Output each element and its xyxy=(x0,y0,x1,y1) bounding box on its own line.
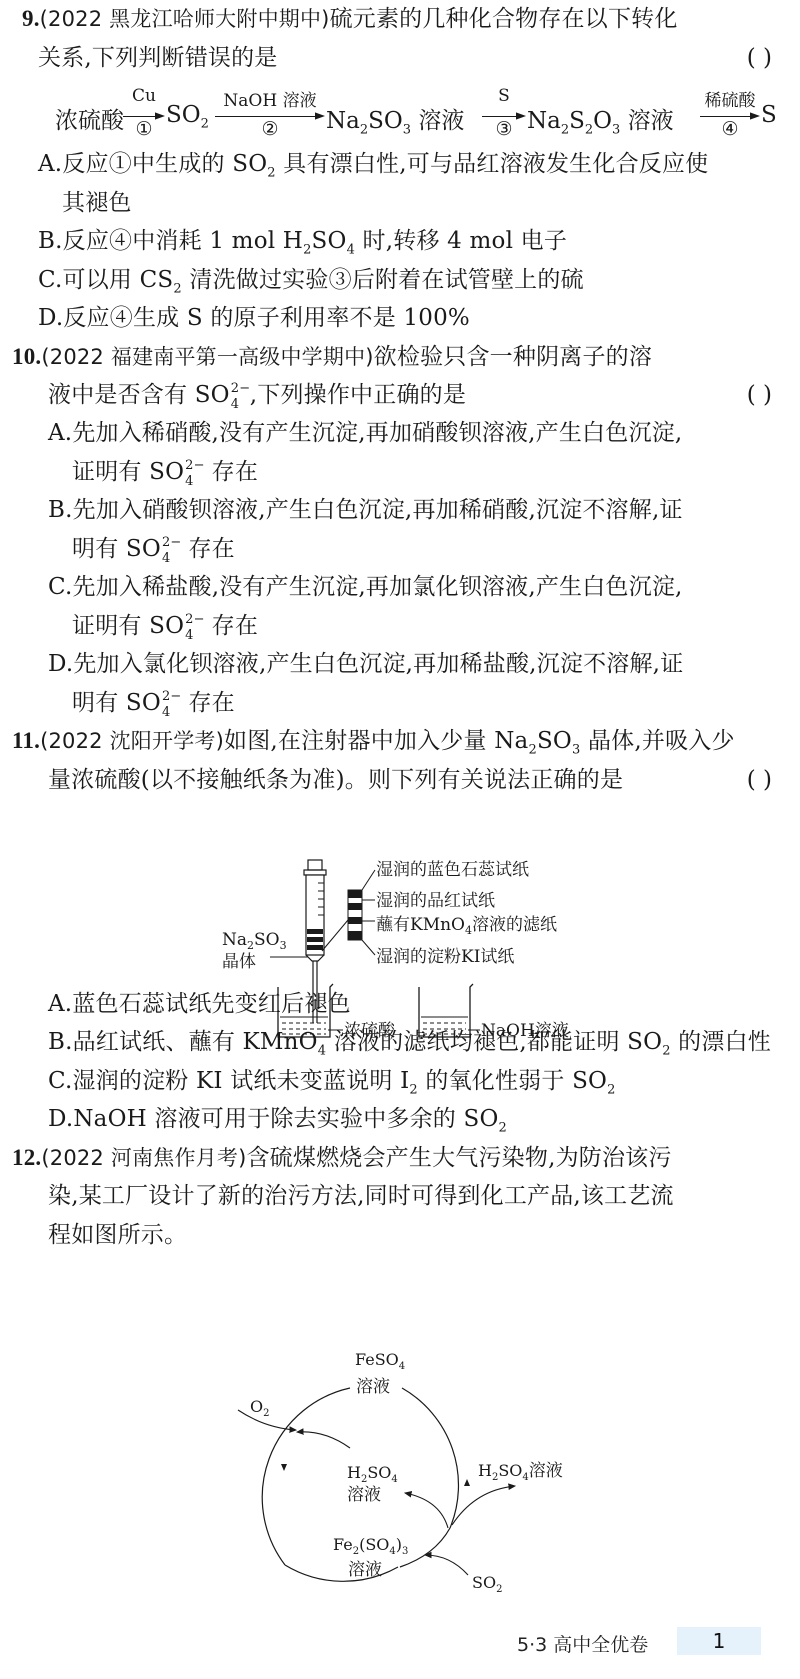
option-10C: C.先加入稀盐酸,没有产生沉淀,再加氯化钡溶液,产生白色沉淀, xyxy=(48,572,683,602)
question-source: (2022 河南焦作月考) xyxy=(41,1146,246,1170)
species-na2s2o3-solution: Na2S2O3 溶液 xyxy=(527,102,674,135)
reaction-arrow-1: Cu ① xyxy=(123,88,165,144)
reagent: 稀硫酸 xyxy=(700,86,760,111)
reaction-arrow-2: NaOH 溶液 ② xyxy=(215,88,325,144)
option-10B: B.先加入硝酸钡溶液,产生白色沉淀,再加稀硝酸,沉淀不溶解,证 xyxy=(48,495,683,525)
species-na2so3-solution: Na2SO3 溶液 xyxy=(326,102,464,135)
answer-blank: ( ) xyxy=(747,765,772,795)
question-12-line3: 程如图所示。 xyxy=(48,1220,187,1250)
label-kmno4-paper: 蘸有KMnO4溶液的滤纸 xyxy=(376,915,557,937)
question-12-line1: 12.(2022 河南焦作月考)含硫煤燃烧会产生大气污染物,为防治该污 xyxy=(12,1143,672,1173)
option-10B-cont: 明有 SO2−4 存在 xyxy=(72,534,235,564)
question-number: 12. xyxy=(12,1145,41,1170)
option-10D-cont: 明有 SO2−4 存在 xyxy=(72,688,235,718)
question-10-line1: 10.(2022 福建南平第一高级中学期中)欲检验只含一种阴离子的溶 xyxy=(12,342,652,372)
node-h2so4-center: H2SO4 xyxy=(347,1463,398,1485)
process-cycle-figure: FeSO4 溶液 O2 H2SO4 溶液 H2SO4溶液 Fe2(SO4)3 溶… xyxy=(210,1350,590,1620)
question-number: 10. xyxy=(12,344,41,369)
option-9B: B.反应④中消耗 1 mol H2SO4 时,转移 4 mol 电子 xyxy=(38,226,567,256)
node-fe2so43: Fe2(SO4)3 xyxy=(333,1535,408,1557)
question-stem-cont: 关系,下列判断错误的是 xyxy=(38,45,278,71)
option-10C-cont: 证明有 SO2−4 存在 xyxy=(72,611,258,641)
species-sulfur: S xyxy=(761,102,777,128)
species-conc-sulfuric-acid: 浓硫酸 xyxy=(55,102,124,135)
option-9D: D.反应④生成 S 的原子利用率不是 100% xyxy=(38,303,470,333)
label-blue-litmus: 湿润的蓝色石蕊试纸 xyxy=(376,859,529,880)
node-feso4: FeSO4 xyxy=(355,1350,405,1372)
page-number: 1 xyxy=(677,1627,761,1655)
option-11C: C.湿润的淀粉 KI 试纸未变蓝说明 I2 的氧化性弱于 SO2 xyxy=(48,1066,616,1096)
option-10D: D.先加入氯化钡溶液,产生白色沉淀,再加稀盐酸,沉淀不溶解,证 xyxy=(48,649,683,679)
reaction-chain: 浓硫酸 Cu ① SO2 NaOH 溶液 ② Na2SO3 溶液 S ③ Na2… xyxy=(55,88,775,144)
step-label: ④ xyxy=(700,118,760,140)
question-source: (2022 黑龙江哈师大附中期中) xyxy=(40,7,330,31)
answer-blank: ( ) xyxy=(747,380,772,410)
option-10A: A.先加入稀硝酸,没有产生沉淀,再加硝酸钡溶液,产生白色沉淀, xyxy=(48,418,682,448)
option-11A: A.蓝色石蕊试纸先变红后褪色 xyxy=(48,989,351,1019)
label-na2so3: Na2SO3 xyxy=(222,930,287,952)
question-stem: 硫元素的几种化合物存在以下转化 xyxy=(330,6,678,32)
question-11-line1: 11.(2022 沈阳开学考)如图,在注射器中加入少量 Na2SO3 晶体,并吸… xyxy=(12,726,735,756)
question-number: 11. xyxy=(12,728,40,753)
input-o2: O2 xyxy=(250,1397,270,1419)
reagent: NaOH 溶液 xyxy=(215,86,325,111)
label-crystal: 晶体 xyxy=(222,952,256,972)
reagent: Cu xyxy=(123,86,165,106)
node-fe2so43-solution: 溶液 xyxy=(348,1560,382,1580)
reaction-arrow-4: 稀硫酸 ④ xyxy=(700,88,760,144)
option-9C: C.可以用 CS2 清洗做过实验③后附着在试管壁上的硫 xyxy=(38,265,584,295)
option-11B: B.品红试纸、蘸有 KMnO4 溶液的滤纸均褪色,都能证明 SO2 的漂白性 xyxy=(48,1027,771,1057)
option-11D: D.NaOH 溶液可用于除去实验中多余的 SO2 xyxy=(48,1104,507,1134)
step-label: ① xyxy=(123,118,165,140)
reaction-arrow-3: S ③ xyxy=(482,88,526,144)
question-source: (2022 福建南平第一高级中学期中) xyxy=(41,345,373,369)
option-9A-cont: 其褪色 xyxy=(62,188,132,218)
question-stem: 含硫煤燃烧会产生大气污染物,为防治该污 xyxy=(246,1145,671,1171)
node-feso4-solution: 溶液 xyxy=(356,1377,390,1397)
option-9A: A.反应①中生成的 SO2 具有漂白性,可与品红溶液发生化合反应使 xyxy=(38,149,708,179)
answer-blank: ( ) xyxy=(747,43,772,73)
output-h2so4-solution: H2SO4溶液 xyxy=(478,1461,563,1483)
node-h2so4-center-solution: 溶液 xyxy=(347,1485,381,1505)
question-source: (2022 沈阳开学考) xyxy=(40,729,224,753)
step-label: ③ xyxy=(482,118,526,140)
question-11-line2: 量浓硫酸(以不接触纸条为准)。则下列有关说法正确的是 xyxy=(48,765,623,795)
reagent: S xyxy=(482,86,526,106)
species-so2: SO2 xyxy=(166,102,209,128)
option-10A-cont: 证明有 SO2−4 存在 xyxy=(72,457,258,487)
cycle-diagram: FeSO4 溶液 O2 H2SO4 溶液 H2SO4溶液 Fe2(SO4)3 溶… xyxy=(210,1350,590,1620)
question-12-line2: 染,某工厂设计了新的治污方法,同时可得到化工产品,该工艺流 xyxy=(48,1181,674,1211)
question-stem: 欲检验只含一种阴离子的溶 xyxy=(374,344,652,370)
step-label: ② xyxy=(215,118,325,140)
question-9-line1: 9.(2022 黑龙江哈师大附中期中)硫元素的几种化合物存在以下转化 xyxy=(22,4,678,34)
book-label: 5·3 高中全优卷 xyxy=(517,1630,648,1657)
question-10-line2: 液中是否含有 SO2−4,下列操作中正确的是 xyxy=(48,380,466,410)
question-number: 9. xyxy=(22,6,40,31)
input-so2: SO2 xyxy=(472,1573,502,1595)
label-magenta-paper: 湿润的品红试纸 xyxy=(376,891,495,911)
question-9-line2: 关系,下列判断错误的是 xyxy=(38,43,278,73)
label-starch-ki-paper: 湿润的淀粉KI试纸 xyxy=(376,947,514,967)
